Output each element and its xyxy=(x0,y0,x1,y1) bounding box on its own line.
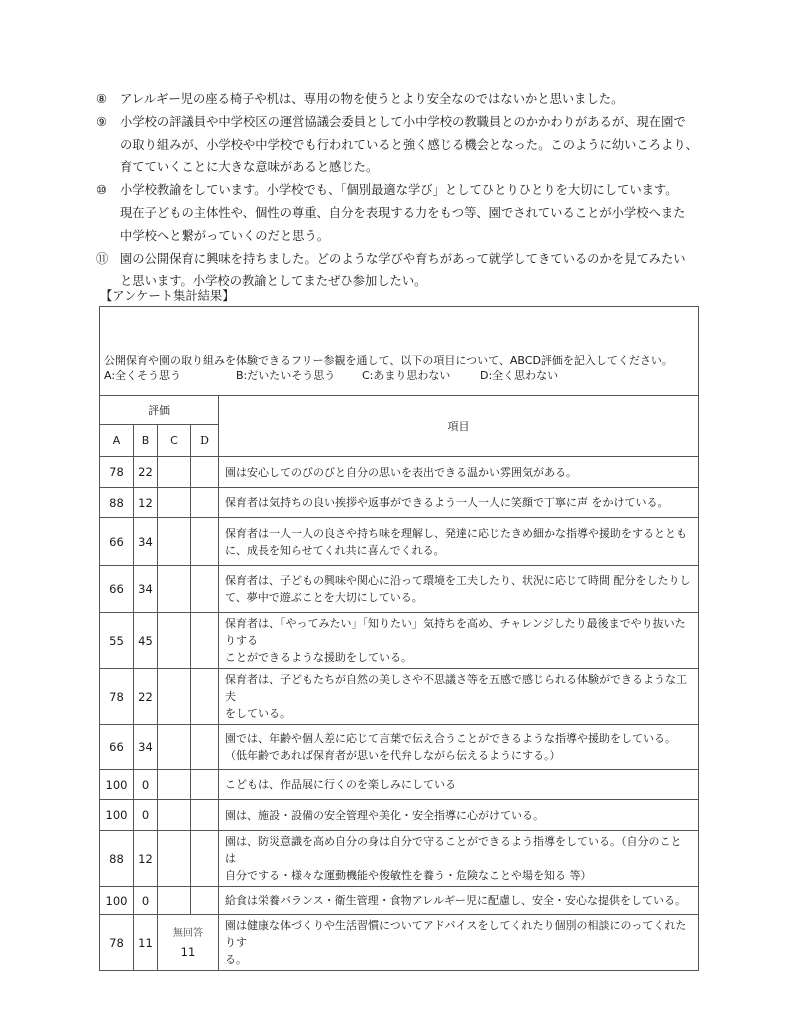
comment-item: ⑩小学校教諭をしています。小学校でも、「個別最適な学び」としてひとりひとりを大切… xyxy=(96,179,716,247)
rating-d xyxy=(191,613,219,669)
comment-number: ⑧ xyxy=(96,88,120,111)
table-row: 8812園は、防災意識を高め自分の身は自分で守ることができるよう指導をしている。… xyxy=(100,831,699,887)
table-row: 8812保育者は気持ちの良い挨拶や返事ができるよう一人一人に笑顔で丁寧に声 をか… xyxy=(100,488,699,518)
item-text: 保育者は、「やってみたい」「知りたい」気持ちを高め、チャレンジしたり最後までやり… xyxy=(219,613,699,669)
rating-a: 100 xyxy=(100,887,134,915)
rating-a: 88 xyxy=(100,488,134,518)
table-row: 7811無回答11園は健康な体づくりや生活習慣についてアドバイスをしてくれたり個… xyxy=(100,915,699,971)
rating-d xyxy=(191,457,219,488)
item-line: をしている。 xyxy=(225,705,692,722)
column-header-c: C xyxy=(158,425,191,457)
item-line: 保育者は、子どもたちが自然の美しさや不思議さ等を五感で感じられる体験ができるよう… xyxy=(225,671,692,705)
rating-d xyxy=(191,518,219,566)
item-line: ことができるような援助をしている。 xyxy=(225,649,692,666)
item-line: （低年齢であれば保育者が思いを代弁しながら伝えるようにする。） xyxy=(225,747,692,764)
item-line: 保育者は、子どもの興味や関心に沿って環境を工夫したり、状況に応じて時間 配分をし… xyxy=(225,572,692,589)
comment-number: ⑨ xyxy=(96,111,120,179)
table-row: 1000園は、施設・設備の安全管理や美化・安全指導に心がけている。 xyxy=(100,800,699,831)
rating-c xyxy=(158,488,191,518)
rating-b: 12 xyxy=(134,831,158,887)
table-row: 6634保育者は一人一人の良さや持ち味を理解し、発達に応じたきめ細かな指導や援助… xyxy=(100,518,699,566)
item-text: 給食は栄養バランス・衛生管理・食物アレルギー児に配慮し、安全・安心な提供をしてい… xyxy=(219,887,699,915)
comment-line: の取り組みが、小学校や中学校でも行われていると強く感じる機会となった。このように… xyxy=(120,134,716,157)
item-text: 園は、施設・設備の安全管理や美化・安全指導に心がけている。 xyxy=(219,800,699,831)
rating-b: 34 xyxy=(134,518,158,566)
rating-a: 66 xyxy=(100,566,134,613)
rating-b: 12 xyxy=(134,488,158,518)
comment-line: 小学校の評議員や中学校区の運営協議会委員として小中学校の教職員とのかかわりがある… xyxy=(120,111,716,134)
no-answer-label: 無回答 xyxy=(158,925,218,943)
item-text: 園は健康な体づくりや生活習慣についてアドバイスをしてくれたり個別の相談にのってく… xyxy=(219,915,699,971)
column-header-b: B xyxy=(134,425,158,457)
item-line: 園は、施設・設備の安全管理や美化・安全指導に心がけている。 xyxy=(225,807,692,824)
comment-item: ⑨小学校の評議員や中学校区の運営協議会委員として小中学校の教職員とのかかわりがあ… xyxy=(96,111,716,179)
rating-a: 78 xyxy=(100,915,134,971)
rating-b: 0 xyxy=(134,887,158,915)
intro-row: 公開保育や園の取り組みを体験できるフリー参観を通して、以下の項目について、ABC… xyxy=(100,307,699,396)
item-line: 園は安心してのびのびと自分の思いを表出できる温かい雰囲気がある。 xyxy=(225,464,692,481)
item-line: 自分でする・様々な運動機能や俊敏性を養う・危険なことや場を知る 等） xyxy=(225,867,692,884)
rating-b: 34 xyxy=(134,566,158,613)
rating-a: 66 xyxy=(100,725,134,770)
rating-d xyxy=(191,887,219,915)
comment-line: 小学校教諭をしています。小学校でも、「個別最適な学び」としてひとりひとりを大切に… xyxy=(120,179,716,202)
table-row: 5545保育者は、「やってみたい」「知りたい」気持ちを高め、チャレンジしたり最後… xyxy=(100,613,699,669)
rating-b: 0 xyxy=(134,770,158,800)
table-row: 1000こどもは、作品展に行くのを楽しみにしている xyxy=(100,770,699,800)
item-text: 保育者は一人一人の良さや持ち味を理解し、発達に応じたきめ細かな指導や援助をすると… xyxy=(219,518,699,566)
column-header-d: D xyxy=(191,425,219,457)
comments-list: ⑧アレルギー児の座る椅子や机は、専用の物を使うとより安全なのではないかと思いまし… xyxy=(96,88,716,293)
survey-instruction: 公開保育や園の取り組みを体験できるフリー参観を通して、以下の項目について、ABC… xyxy=(104,353,698,368)
rating-a: 78 xyxy=(100,457,134,488)
item-line: る。 xyxy=(225,951,692,968)
item-line: 園では、年齢や個人差に応じて言葉で伝え合うことができるような指導や援助をしている… xyxy=(225,730,692,747)
rating-a: 66 xyxy=(100,518,134,566)
rating-d xyxy=(191,800,219,831)
table-row: 7822園は安心してのびのびと自分の思いを表出できる温かい雰囲気がある。 xyxy=(100,457,699,488)
rating-d xyxy=(191,831,219,887)
comment-item: ⑧アレルギー児の座る椅子や机は、専用の物を使うとより安全なのではないかと思いまし… xyxy=(96,88,716,111)
rating-d xyxy=(191,566,219,613)
rating-a: 100 xyxy=(100,800,134,831)
item-line: て、夢中で遊ぶことを大切にしている。 xyxy=(225,589,692,606)
comment-line: アレルギー児の座る椅子や机は、専用の物を使うとより安全なのではないかと思いました… xyxy=(120,88,716,111)
comment-line: 現在子どもの主体性や、個性の尊重、自分を表現する力をもつ等、園でされていることが… xyxy=(120,202,716,225)
comment-text: アレルギー児の座る椅子や机は、専用の物を使うとより安全なのではないかと思いました… xyxy=(120,88,716,111)
rating-b: 22 xyxy=(134,669,158,725)
rating-a: 78 xyxy=(100,669,134,725)
item-text: 保育者は気持ちの良い挨拶や返事ができるよう一人一人に笑顔で丁寧に声 をかけている… xyxy=(219,488,699,518)
rating-d xyxy=(191,669,219,725)
rating-a: 55 xyxy=(100,613,134,669)
rating-d xyxy=(191,488,219,518)
rating-c xyxy=(158,566,191,613)
item-line: 保育者は、「やってみたい」「知りたい」気持ちを高め、チャレンジしたり最後までやり… xyxy=(225,615,692,649)
item-line: こどもは、作品展に行くのを楽しみにしている xyxy=(225,776,692,793)
item-text: こどもは、作品展に行くのを楽しみにしている xyxy=(219,770,699,800)
item-text: 園では、年齢や個人差に応じて言葉で伝え合うことができるような指導や援助をしている… xyxy=(219,725,699,770)
table-row: 1000給食は栄養バランス・衛生管理・食物アレルギー児に配慮し、安全・安心な提供… xyxy=(100,887,699,915)
intro-cell: 公開保育や園の取り組みを体験できるフリー参観を通して、以下の項目について、ABC… xyxy=(100,307,699,396)
rating-b: 22 xyxy=(134,457,158,488)
rating-b: 11 xyxy=(134,915,158,971)
rating-c xyxy=(158,725,191,770)
rating-c xyxy=(158,770,191,800)
item-line: 園は健康な体づくりや生活習慣についてアドバイスをしてくれたり個別の相談にのってく… xyxy=(225,917,692,951)
comment-number: ⑩ xyxy=(96,179,120,247)
rating-c xyxy=(158,800,191,831)
comment-text: 小学校の評議員や中学校区の運営協議会委員として小中学校の教職員とのかかわりがある… xyxy=(120,111,716,179)
survey-results-table: 公開保育や園の取り組みを体験できるフリー参観を通して、以下の項目について、ABC… xyxy=(99,306,699,971)
header-row: 評価 項目 xyxy=(100,396,699,425)
legend-c: C:あまり思わない xyxy=(362,368,480,383)
rating-c xyxy=(158,887,191,915)
rating-c xyxy=(158,831,191,887)
rating-d xyxy=(191,770,219,800)
legend-a: A:全くそう思う xyxy=(104,368,236,383)
no-answer-value: 11 xyxy=(158,943,218,961)
rating-c xyxy=(158,669,191,725)
item-line: に、成長を知らせてくれ共に喜んでくれる。 xyxy=(225,542,692,559)
item-line: 保育者は気持ちの良い挨拶や返事ができるよう一人一人に笑顔で丁寧に声 をかけている… xyxy=(225,494,692,511)
no-answer-cell: 無回答11 xyxy=(158,915,219,971)
rating-b: 45 xyxy=(134,613,158,669)
rating-d xyxy=(191,725,219,770)
item-text: 保育者は、子どもの興味や関心に沿って環境を工夫したり、状況に応じて時間 配分をし… xyxy=(219,566,699,613)
comment-line: 中学校へと繋がっていくのだと思う。 xyxy=(120,225,716,248)
rating-header: 評価 xyxy=(100,396,219,425)
rating-a: 100 xyxy=(100,770,134,800)
column-header-a: A xyxy=(100,425,134,457)
rating-b: 34 xyxy=(134,725,158,770)
rating-c xyxy=(158,518,191,566)
item-header: 項目 xyxy=(219,396,699,457)
table-row: 6634保育者は、子どもの興味や関心に沿って環境を工夫したり、状況に応じて時間 … xyxy=(100,566,699,613)
rating-c xyxy=(158,457,191,488)
comment-line: 園の公開保育に興味を持ちました。どのような学びや育ちがあって就学してきているのか… xyxy=(120,248,716,271)
section-heading: 【アンケート集計結果】 xyxy=(100,286,235,304)
table-row: 6634園では、年齢や個人差に応じて言葉で伝え合うことができるような指導や援助を… xyxy=(100,725,699,770)
item-text: 園は、防災意識を高め自分の身は自分で守ることができるよう指導をしている。（自分の… xyxy=(219,831,699,887)
item-line: 園は、防災意識を高め自分の身は自分で守ることができるよう指導をしている。（自分の… xyxy=(225,833,692,867)
legend-d: D:全く思わない xyxy=(480,368,558,383)
rating-c xyxy=(158,613,191,669)
rating-b: 0 xyxy=(134,800,158,831)
item-line: 保育者は一人一人の良さや持ち味を理解し、発達に応じたきめ細かな指導や援助をすると… xyxy=(225,525,692,542)
item-text: 保育者は、子どもたちが自然の美しさや不思議さ等を五感で感じられる体験ができるよう… xyxy=(219,669,699,725)
legend-b: B:だいたいそう思う xyxy=(236,368,362,383)
item-text: 園は安心してのびのびと自分の思いを表出できる温かい雰囲気がある。 xyxy=(219,457,699,488)
comment-text: 小学校教諭をしています。小学校でも、「個別最適な学び」としてひとりひとりを大切に… xyxy=(120,179,716,247)
rating-legend: A:全くそう思う B:だいたいそう思う C:あまり思わない D:全く思わない xyxy=(104,368,698,383)
comment-line: 育てていくことに大きな意味があると感じた。 xyxy=(120,156,716,179)
rating-a: 88 xyxy=(100,831,134,887)
item-line: 給食は栄養バランス・衛生管理・食物アレルギー児に配慮し、安全・安心な提供をしてい… xyxy=(225,892,692,909)
table-row: 7822保育者は、子どもたちが自然の美しさや不思議さ等を五感で感じられる体験がで… xyxy=(100,669,699,725)
